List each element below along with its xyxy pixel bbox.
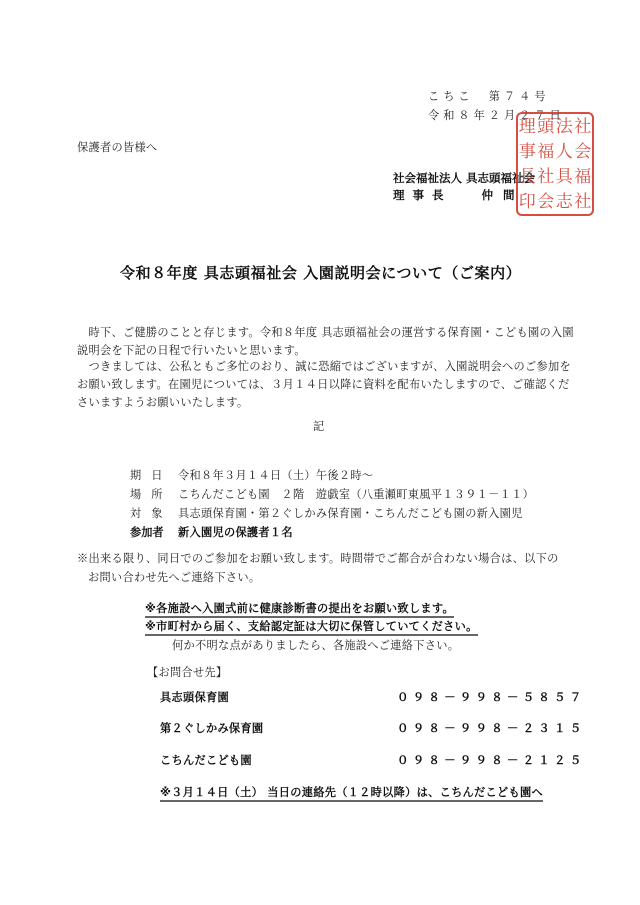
- contact-name: こちんだこども園: [160, 752, 252, 768]
- attendance-note: ※出来る限り、同日でのご参加をお願い致します。時間帯でご都合が合わない場合は、以…: [77, 549, 582, 587]
- seal-char: 法: [555, 115, 574, 140]
- seal-char: 理: [518, 115, 537, 140]
- seal-char: 人: [555, 140, 574, 165]
- detail-row-place: 場所こちんだこども園 ２階 遊戯室（八重瀬町東風平１３９１－１１）: [130, 485, 534, 504]
- seal-char: 具: [555, 165, 574, 190]
- detail-value: 新入園児の保護者１名: [178, 526, 293, 539]
- body-paragraph-1: 時下、ご健勝のことと存じます。令和８年度 具志頭福祉会の運営する保育園・こども園…: [77, 324, 577, 360]
- detail-row-date: 期日令和８年３月１４日（土）午後２時～: [130, 466, 373, 485]
- seal-char: 社: [574, 190, 593, 215]
- seal-char: 長: [518, 165, 537, 190]
- sender-representative: 理事長仲間: [393, 187, 525, 203]
- detail-value: 令和８年３月１４日（土）午後２時～: [178, 469, 373, 482]
- detail-row-attendee: 参加者新入園児の保護者１名: [130, 523, 293, 542]
- detail-row-target: 対象具志頭保育園・第２ぐしかみ保育園・こちんだこども園の新入園児: [130, 504, 523, 523]
- document-page: こちこ 第７４号 令和８年２月２７日 保護者の皆様へ 社会福祉法人 具志頭福祉会…: [0, 0, 640, 905]
- contact-phone: ０９８－９９８－５８５７: [397, 689, 585, 705]
- official-seal-stamp: 理 頭 法 社 事 福 人 会 長 社 具 福 印 会 志 社: [516, 112, 594, 216]
- detail-value: 具志頭保育園・第２ぐしかみ保育園・こちんだこども園の新入園児: [178, 507, 523, 520]
- sender-role: 理事長: [393, 188, 452, 202]
- detail-value: こちんだこども園 ２階 遊戯室（八重瀬町東風平１３９１－１１）: [178, 488, 534, 501]
- event-day-contact-note: ※３月１４日（土） 当日の連絡先（１２時以降）は、こちんだこども園へ: [160, 784, 543, 802]
- ki-heading: 記: [313, 418, 325, 434]
- body-paragraph-2: つきましては、公私ともご多忙のおり、誠に恐縮ではございますが、入園説明会へのご参…: [77, 358, 577, 412]
- seal-char: 会: [537, 190, 556, 215]
- detail-label: 参加者: [130, 523, 178, 542]
- contact-facility-note: 何か不明な点がありましたら、各施設へご連絡下さい。: [172, 637, 459, 653]
- attendance-note-line-2: お問い合わせ先へご連絡下さい。: [77, 568, 582, 587]
- seal-char: 社: [537, 165, 556, 190]
- contact-phone: ０９８－９９８－２３１５: [397, 720, 585, 736]
- document-title: 令和８年度 具志頭福祉会 入園説明会について（ご案内）: [120, 262, 521, 283]
- attendance-note-line-1: ※出来る限り、同日でのご参加をお願い致します。時間帯でご都合が合わない場合は、以…: [77, 549, 582, 568]
- document-number: こちこ 第７４号: [428, 88, 550, 104]
- contact-name: 第２ぐしかみ保育園: [160, 720, 263, 736]
- health-certificate-note: ※各施設へ入園式前に健康診断書の提出をお願い致します。: [145, 600, 454, 618]
- detail-label: 期日: [130, 466, 178, 485]
- seal-char: 頭: [537, 115, 556, 140]
- contact-phone: ０９８－９９８－２１２５: [397, 752, 585, 768]
- seal-char: 事: [518, 140, 537, 165]
- seal-char: 福: [574, 165, 593, 190]
- seal-char: 志: [555, 190, 574, 215]
- addressee: 保護者の皆様へ: [77, 139, 157, 155]
- seal-char: 福: [537, 140, 556, 165]
- inquiry-label: 【お問合せ先】: [147, 664, 227, 680]
- certification-note: ※市町村から届く、支給認定証は大切に保管していてください。: [145, 618, 478, 636]
- seal-char: 会: [574, 140, 593, 165]
- seal-char: 印: [518, 190, 537, 215]
- detail-label: 対象: [130, 504, 178, 523]
- contact-name: 具志頭保育園: [160, 689, 229, 705]
- sender-organization: 社会福祉法人 具志頭福祉会: [393, 170, 535, 186]
- detail-label: 場所: [130, 485, 178, 504]
- seal-char: 社: [574, 115, 593, 140]
